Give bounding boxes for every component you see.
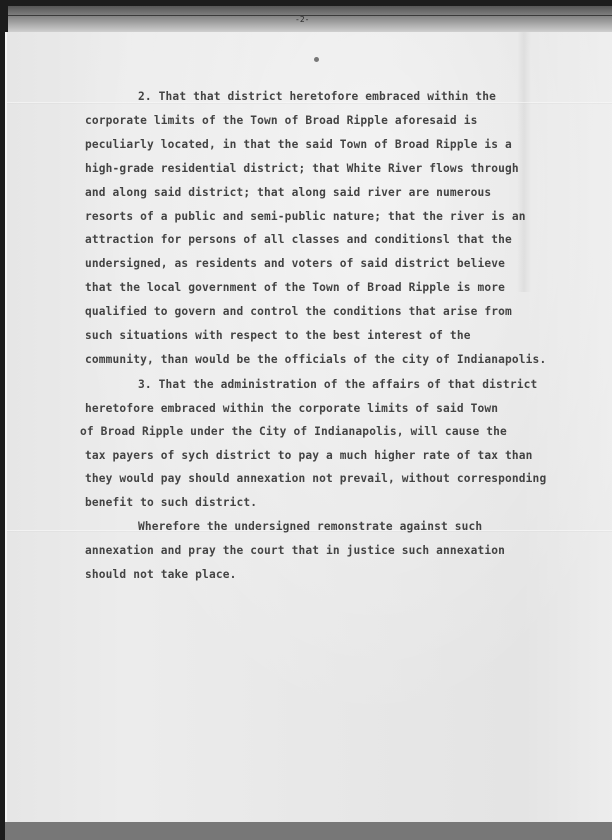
- wherefore-line: should not take place.: [85, 568, 236, 582]
- paragraph-3-line: of Broad Ripple under the City of Indian…: [80, 425, 507, 439]
- wherefore-line: Wherefore the undersigned remonstrate ag…: [138, 520, 482, 534]
- paragraph-2-line: attraction for persons of all classes an…: [85, 233, 512, 247]
- paragraph-2-line: resorts of a public and semi-public natu…: [85, 210, 526, 224]
- scanned-document-page: -2- 2. That that district heretofore emb…: [0, 0, 612, 840]
- top-edge-line: [8, 15, 612, 16]
- punch-hole-mark: [314, 57, 319, 62]
- page-top-edge: -2-: [8, 6, 612, 32]
- paragraph-2-line: and along said district; that along said…: [85, 186, 491, 200]
- paragraph-3-line: they would pay should annexation not pre…: [85, 472, 546, 486]
- paper-sheet: 2. That that district heretofore embrace…: [5, 32, 612, 822]
- paragraph-2-line: qualified to govern and control the cond…: [85, 305, 512, 319]
- wherefore-line: annexation and pray the court that in ju…: [85, 544, 505, 558]
- paragraph-3-line: tax payers of sych district to pay a muc…: [85, 449, 533, 463]
- paragraph-2-line: 2. That that district heretofore embrace…: [138, 90, 496, 104]
- paragraph-2-line: undersigned, as residents and voters of …: [85, 257, 505, 271]
- page-bottom-edge: [5, 822, 612, 840]
- paragraph-2-line: high-grade residential district; that Wh…: [85, 162, 519, 176]
- fold-shadow: [517, 32, 531, 292]
- paragraph-3-line: 3. That the administration of the affair…: [138, 378, 537, 392]
- paragraph-2-line: community, than would be the officials o…: [85, 353, 546, 367]
- paragraph-2-line: that the local government of the Town of…: [85, 281, 505, 295]
- paragraph-2-line: peculiarly located, in that the said Tow…: [85, 138, 512, 152]
- paragraph-3-line: benefit to such district.: [85, 496, 257, 510]
- page-number-marker: -2-: [295, 16, 309, 24]
- paragraph-3-line: heretofore embraced within the corporate…: [85, 402, 498, 416]
- paragraph-2-line: corporate limits of the Town of Broad Ri…: [85, 114, 477, 128]
- paragraph-2-line: such situations with respect to the best…: [85, 329, 471, 343]
